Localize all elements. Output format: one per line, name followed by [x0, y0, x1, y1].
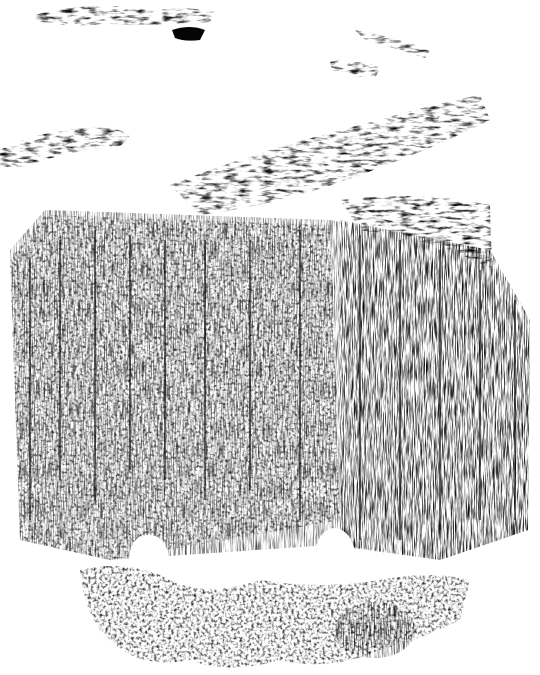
abstract-artwork	[0, 0, 540, 675]
base-splatter	[80, 566, 470, 668]
cloud-fragments	[0, 6, 490, 215]
block-structure	[10, 196, 530, 560]
